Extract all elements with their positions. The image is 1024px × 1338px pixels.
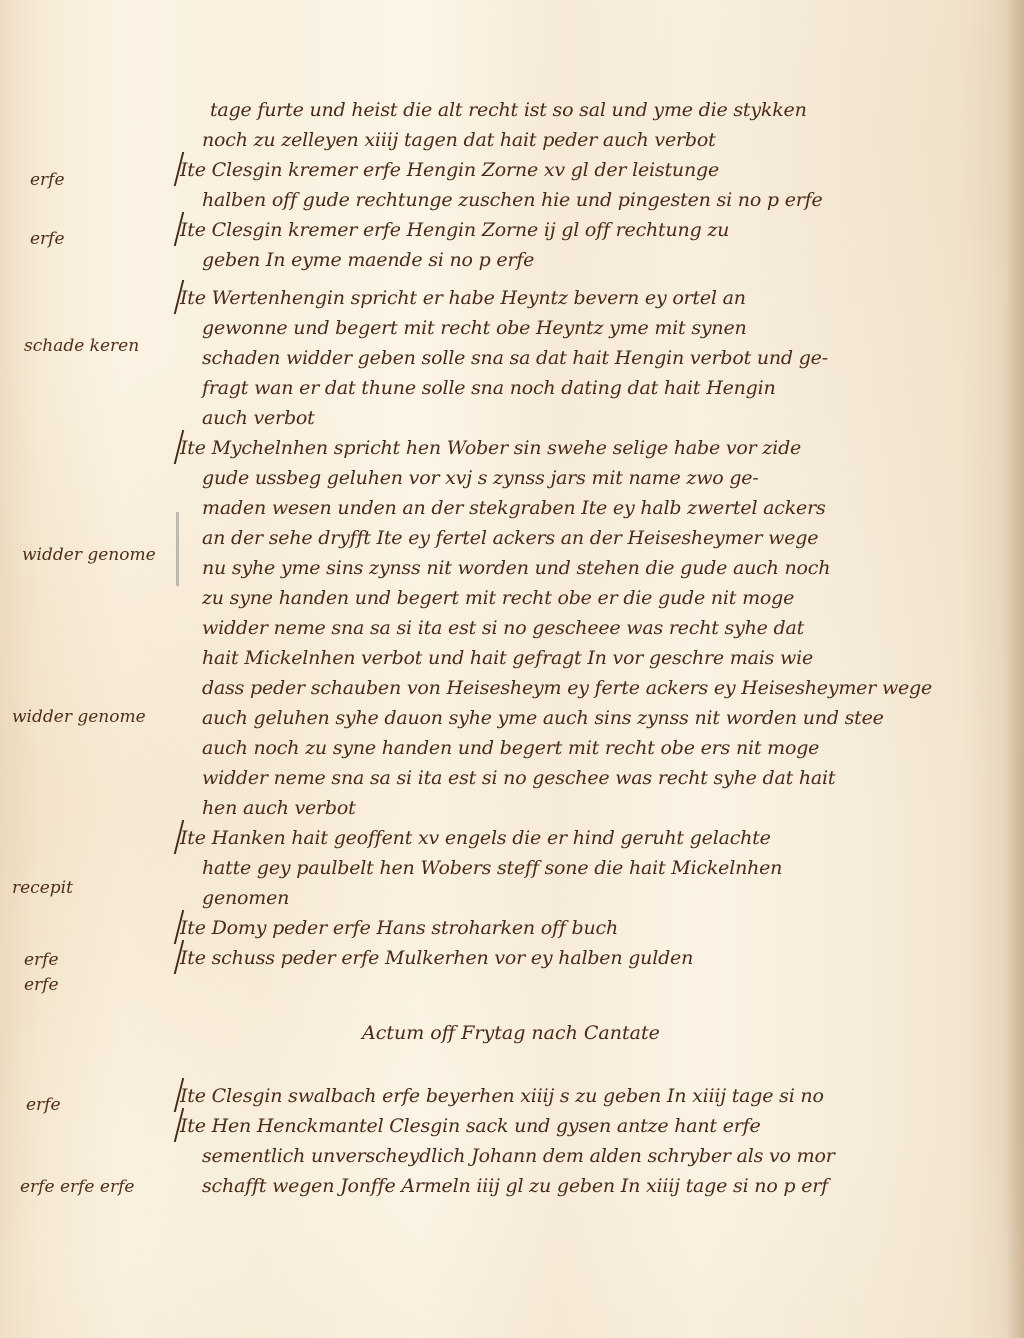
manuscript-line: maden wesen unden an der stekgraben Ite … (202, 496, 826, 520)
manuscript-line: schaden widder geben solle sna sa dat ha… (202, 346, 828, 370)
manuscript-line: Ite Hanken hait geoffent xv engels die e… (180, 826, 771, 850)
manuscript-line: zu syne handen und begert mit recht obe … (202, 586, 794, 610)
manuscript-line: Ite Clesgin kremer erfe Hengin Zorne xv … (180, 158, 719, 182)
manuscript-line: Ite Wertenhengin spricht er habe Heyntz … (180, 286, 746, 310)
manuscript-line: halben off gude rechtunge zuschen hie un… (202, 188, 823, 212)
manuscript-line: Ite schuss peder erfe Mulkerhen vor ey h… (180, 946, 693, 970)
manuscript-line: fragt wan er dat thune solle sna noch da… (202, 376, 776, 400)
manuscript-line: Ite Clesgin swalbach erfe beyerhen xiiij… (180, 1084, 824, 1108)
manuscript-line: hatte gey paulbelt hen Wobers steff sone… (202, 856, 782, 880)
manuscript-line: nu syhe yme sins zynss nit worden und st… (202, 556, 830, 580)
manuscript-line: auch noch zu syne handen und begert mit … (202, 736, 819, 760)
margin-note: erfe (30, 229, 65, 249)
manuscript-line: widder neme sna sa si ita est si no gesc… (202, 616, 804, 640)
manuscript-line: genomen (202, 886, 289, 910)
manuscript-line: gewonne und begert mit recht obe Heyntz … (202, 316, 747, 340)
margin-note: schade keren (24, 336, 139, 356)
manuscript-line: hait Mickelnhen verbot und hait gefragt … (202, 646, 813, 670)
manuscript-line: Ite Clesgin kremer erfe Hengin Zorne ij … (180, 218, 729, 242)
manuscript-line: noch zu zelleyen xiiij tagen dat hait pe… (202, 128, 716, 152)
manuscript-line: hen auch verbot (202, 796, 356, 820)
margin-note: recepit (12, 878, 73, 898)
manuscript-line: tage furte und heist die alt recht ist s… (210, 98, 807, 122)
manuscript-line: gude ussbeg geluhen vor xvj s zynss jars… (202, 466, 759, 490)
manuscript-line: an der sehe dryfft Ite ey fertel ackers … (202, 526, 818, 550)
manuscript-line: schafft wegen Jonffe Armeln iiij gl zu g… (202, 1174, 828, 1198)
manuscript-line: widder neme sna sa si ita est si no gesc… (202, 766, 835, 790)
margin-note: erfe erfe erfe (20, 1177, 134, 1197)
pencil-margin-mark (176, 512, 179, 586)
manuscript-line: geben In eyme maende si no p erfe (202, 248, 534, 272)
manuscript-line: auch verbot (202, 406, 315, 430)
manuscript-line: auch geluhen syhe dauon syhe yme auch si… (202, 706, 884, 730)
margin-note: erfe (30, 170, 65, 190)
manuscript-line: Ite Hen Henckmantel Clesgin sack und gys… (180, 1114, 761, 1138)
page-edge-shadow (1006, 0, 1024, 1338)
section-heading: Actum off Frytag nach Cantate (362, 1022, 660, 1044)
margin-note: erfe (26, 1095, 61, 1115)
margin-note: erfe (24, 950, 59, 970)
margin-note: widder genome (22, 545, 156, 565)
manuscript-line: sementlich unverscheydlich Johann dem al… (202, 1144, 835, 1168)
margin-note: erfe (24, 975, 59, 995)
manuscript-line: dass peder schauben von Heisesheym ey fe… (202, 676, 932, 700)
manuscript-line: Ite Domy peder erfe Hans stroharken off … (180, 916, 618, 940)
margin-note: widder genome (12, 707, 146, 727)
manuscript-line: Ite Mychelnhen spricht hen Wober sin swe… (180, 436, 801, 460)
